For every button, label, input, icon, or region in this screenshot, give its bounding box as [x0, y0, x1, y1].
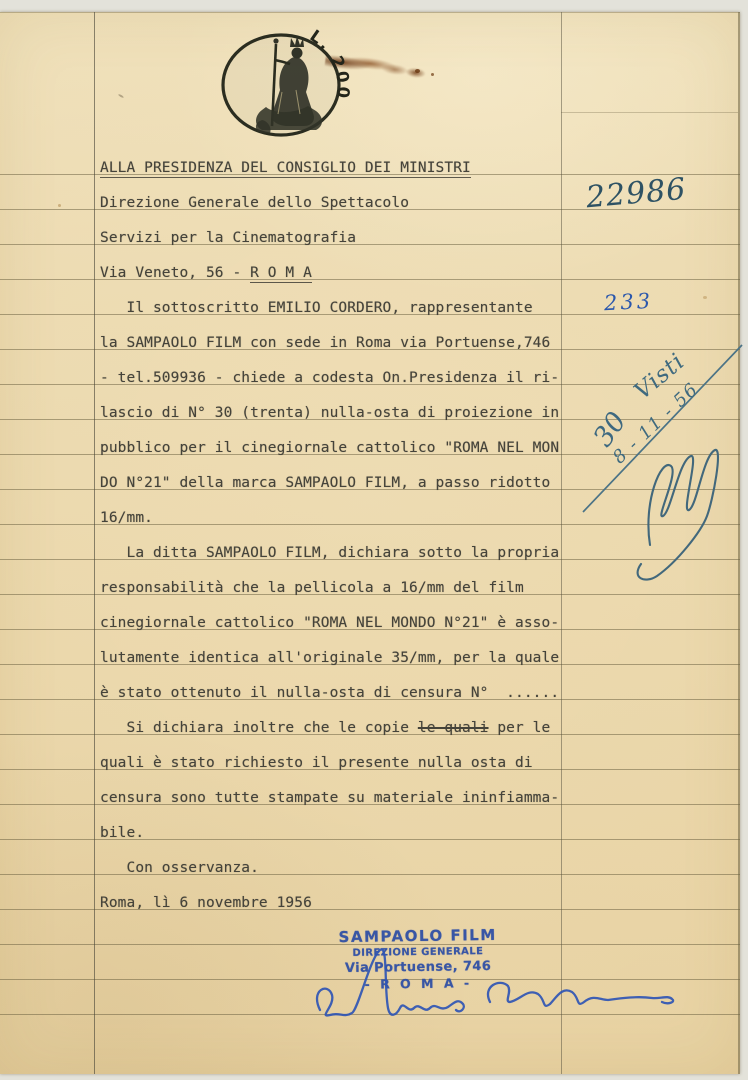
body-line: censura sono tutte stampate su materiale…	[100, 790, 559, 806]
body-line: 16/mm.	[100, 510, 153, 526]
body-line: Il sottoscritto EMILIO CORDERO, rapprese…	[100, 300, 533, 316]
faint-top-rule	[561, 112, 738, 113]
left-margin-rule	[94, 12, 95, 1074]
body-line: è stato ottenuto il nulla-osta di censur…	[100, 685, 559, 701]
struck-text: le quali	[418, 720, 489, 736]
foxing-speck	[703, 296, 707, 299]
body-line: bile.	[100, 825, 144, 841]
body-line: lutamente identica all'originale 35/mm, …	[100, 650, 559, 666]
stain-dot	[431, 73, 434, 76]
stain-dot	[415, 69, 420, 73]
signature	[300, 938, 690, 1030]
body-line: responsabilità che la pellicola a 16/mm …	[100, 580, 524, 596]
handwritten-file-number: 233	[603, 289, 653, 316]
recipient-street: Via Veneto, 56 -	[100, 265, 250, 281]
monogram-flourish	[638, 450, 718, 580]
body-line: - tel.509936 - chiede a codesta On.Presi…	[100, 370, 559, 386]
dateline: Roma, lì 6 novembre 1956	[100, 895, 312, 911]
body-line: DO N°21" della marca SAMPAOLO FILM, a pa…	[100, 475, 550, 491]
revenue-stamp-seal: L. 200	[212, 22, 352, 144]
body-line: cinegiornale cattolico "ROMA NEL MONDO N…	[100, 615, 559, 631]
body-line: quali è stato richiesto il presente null…	[100, 755, 533, 771]
recipient-line-2: Direzione Generale dello Spettacolo	[100, 195, 409, 211]
scanned-document: L. 200 ALLA PRESIDENZA DEL CONSIGLIO DEI…	[0, 0, 748, 1080]
recipient-city: R O M A	[250, 265, 312, 283]
foxing-speck	[58, 204, 61, 207]
body-line: la SAMPAOLO FILM con sede in Roma via Po…	[100, 335, 550, 351]
body-line-text: Si dichiara inoltre che le copie	[100, 720, 418, 736]
recipient-line-4: Via Veneto, 56 - R O M A	[100, 265, 312, 281]
body-line: lascio di N° 30 (trenta) nulla-osta di p…	[100, 405, 559, 421]
body-line: Si dichiara inoltre che le copie le qual…	[100, 720, 550, 736]
salutation: Con osservanza.	[100, 860, 259, 876]
body-line: La ditta SAMPAOLO FILM, dichiara sotto l…	[100, 545, 559, 561]
recipient-line-3: Servizi per la Cinematografia	[100, 230, 356, 246]
recipient-line-1: ALLA PRESIDENZA DEL CONSIGLIO DEI MINIST…	[100, 160, 471, 176]
body-line: pubblico per il cinegiornale cattolico "…	[100, 440, 559, 456]
body-line-text: per le	[489, 720, 551, 736]
recipient-heading: ALLA PRESIDENZA DEL CONSIGLIO DEI MINIST…	[100, 160, 471, 178]
